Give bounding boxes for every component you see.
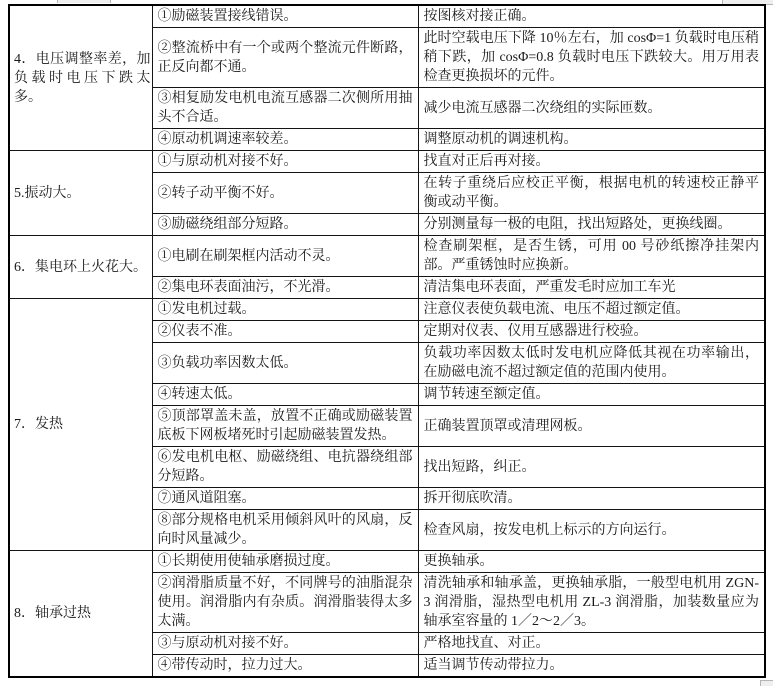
remedy-cell: 在转子重绕后应校正平衡，根据电机的转速校正静平衡或动平衡。: [418, 173, 765, 214]
cause-cell: ①电刷在刷架框内活动不灵。: [152, 236, 418, 277]
cause-cell: ④带传动时，拉力过大。: [152, 655, 418, 678]
cause-cell: ③与原动机对接不好。: [152, 633, 418, 655]
problem-cell: 6．集电环上火花大。: [9, 236, 152, 299]
table-row: 5.振动大。①与原动机对接不好。找直对正后再对接。: [9, 151, 765, 173]
cause-cell: ②整流桥中有一个或两个整流元件断路，正反向都不通。: [152, 28, 418, 88]
table-row: 7．发热①发电机过载。注意仪表使负载电流、电压不超过额定值。: [9, 299, 765, 321]
problem-cell: 4．电压调整率差，加负载时电压下跌太多。: [9, 5, 152, 151]
remedy-cell: 检查刷架框，是否生锈，可用 00 号砂纸擦净挂架内部。严重锈蚀时应换新。: [418, 236, 765, 277]
cause-cell: ⑦通风道阻塞。: [152, 488, 418, 510]
cause-cell: ④原动机调速率较差。: [152, 129, 418, 151]
remedy-cell: 按图核对接正确。: [418, 5, 765, 28]
cause-cell: ①长期使用使轴承磨损过度。: [152, 551, 418, 573]
remedy-cell: 正确装置顶罩或清理网板。: [418, 406, 765, 447]
table-row: 4．电压调整率差，加负载时电压下跌太多。①励磁装置接线错误。按图核对接正确。: [9, 5, 765, 28]
cause-cell: ③负载功率因数太低。: [152, 343, 418, 384]
cause-cell: ②转子动平衡不好。: [152, 173, 418, 214]
document-page: 4．电压调整率差，加负载时电压下跌太多。①励磁装置接线错误。按图核对接正确。②整…: [0, 0, 773, 686]
table-row: 6．集电环上火花大。①电刷在刷架框内活动不灵。检查刷架框，是否生锈，可用 00 …: [9, 236, 765, 277]
cause-cell: ③励磁绕组部分短路。: [152, 214, 418, 236]
table-row: 8．轴承过热①长期使用使轴承磨损过度。更换轴承。: [9, 551, 765, 573]
remedy-cell: 此时空载电压下降 10％左右，加 cosΦ=1 负载时电压稍稍下跌，加 cosΦ…: [418, 28, 765, 88]
cause-cell: ③相复励发电机电流互感器二次侧所用抽头不合适。: [152, 88, 418, 129]
cause-cell: ⑤顶部罩盖未盖，放置不正确或励磁装置底板下网板堵死时引起励磁装置发热。: [152, 406, 418, 447]
problem-cell: 5.振动大。: [9, 151, 152, 236]
remedy-cell: 更换轴承。: [418, 551, 765, 573]
remedy-cell: 分别测量每一极的电阻，找出短路处，更换线圈。: [418, 214, 765, 236]
remedy-cell: 检查风扇，按发电机上标示的方向运行。: [418, 510, 765, 551]
remedy-cell: 拆开彻底吹清。: [418, 488, 765, 510]
cause-cell: ①与原动机对接不好。: [152, 151, 418, 173]
remedy-cell: 调节转速至额定值。: [418, 384, 765, 406]
cause-cell: ①发电机过载。: [152, 299, 418, 321]
troubleshooting-table: 4．电压调整率差，加负载时电压下跌太多。①励磁装置接线错误。按图核对接正确。②整…: [8, 4, 766, 678]
cause-cell: ⑧部分规格电机采用倾斜风叶的风扇，反向时风量减少。: [152, 510, 418, 551]
remedy-cell: 调整原动机的调速机构。: [418, 129, 765, 151]
remedy-cell: 严格地找直、对正。: [418, 633, 765, 655]
remedy-cell: 减少电流互感器二次绕组的实际匝数。: [418, 88, 765, 129]
remedy-cell: 负载功率因数太低时发电机应降低其视在功率输出，在励磁电流不超过额定值的范围内使用…: [418, 343, 765, 384]
cause-cell: ⑥发电机电枢、励磁绕组、电抗器绕组部分短路。: [152, 447, 418, 488]
remedy-cell: 注意仪表使负载电流、电压不超过额定值。: [418, 299, 765, 321]
remedy-cell: 清洁集电环表面，严重发毛时应加工车光: [418, 277, 765, 299]
remedy-cell: 定期对仪表、仪用互感器进行校验。: [418, 321, 765, 343]
cause-cell: ①励磁装置接线错误。: [152, 5, 418, 28]
remedy-cell: 找出短路，纠正。: [418, 447, 765, 488]
screenshot-artifact-bottom-right: [760, 680, 773, 686]
remedy-cell: 清洗轴承和轴承盖，更换轴承脂，一般型电机用 ZGN-3 润滑脂，湿热型电机用 Z…: [418, 573, 765, 633]
cause-cell: ④转速太低。: [152, 384, 418, 406]
cause-cell: ②集电环表面油污，不光滑。: [152, 277, 418, 299]
cause-cell: ②仪表不准。: [152, 321, 418, 343]
problem-cell: 7．发热: [9, 299, 152, 551]
screenshot-artifact-top-left: [57, 0, 111, 3]
remedy-cell: 适当调节传动带拉力。: [418, 655, 765, 678]
remedy-cell: 找直对正后再对接。: [418, 151, 765, 173]
cause-cell: ②润滑脂质量不好，不同牌号的油脂混杂使用。润滑脂内有杂质。润滑脂装得太多太满。: [152, 573, 418, 633]
problem-cell: 8．轴承过热: [9, 551, 152, 678]
